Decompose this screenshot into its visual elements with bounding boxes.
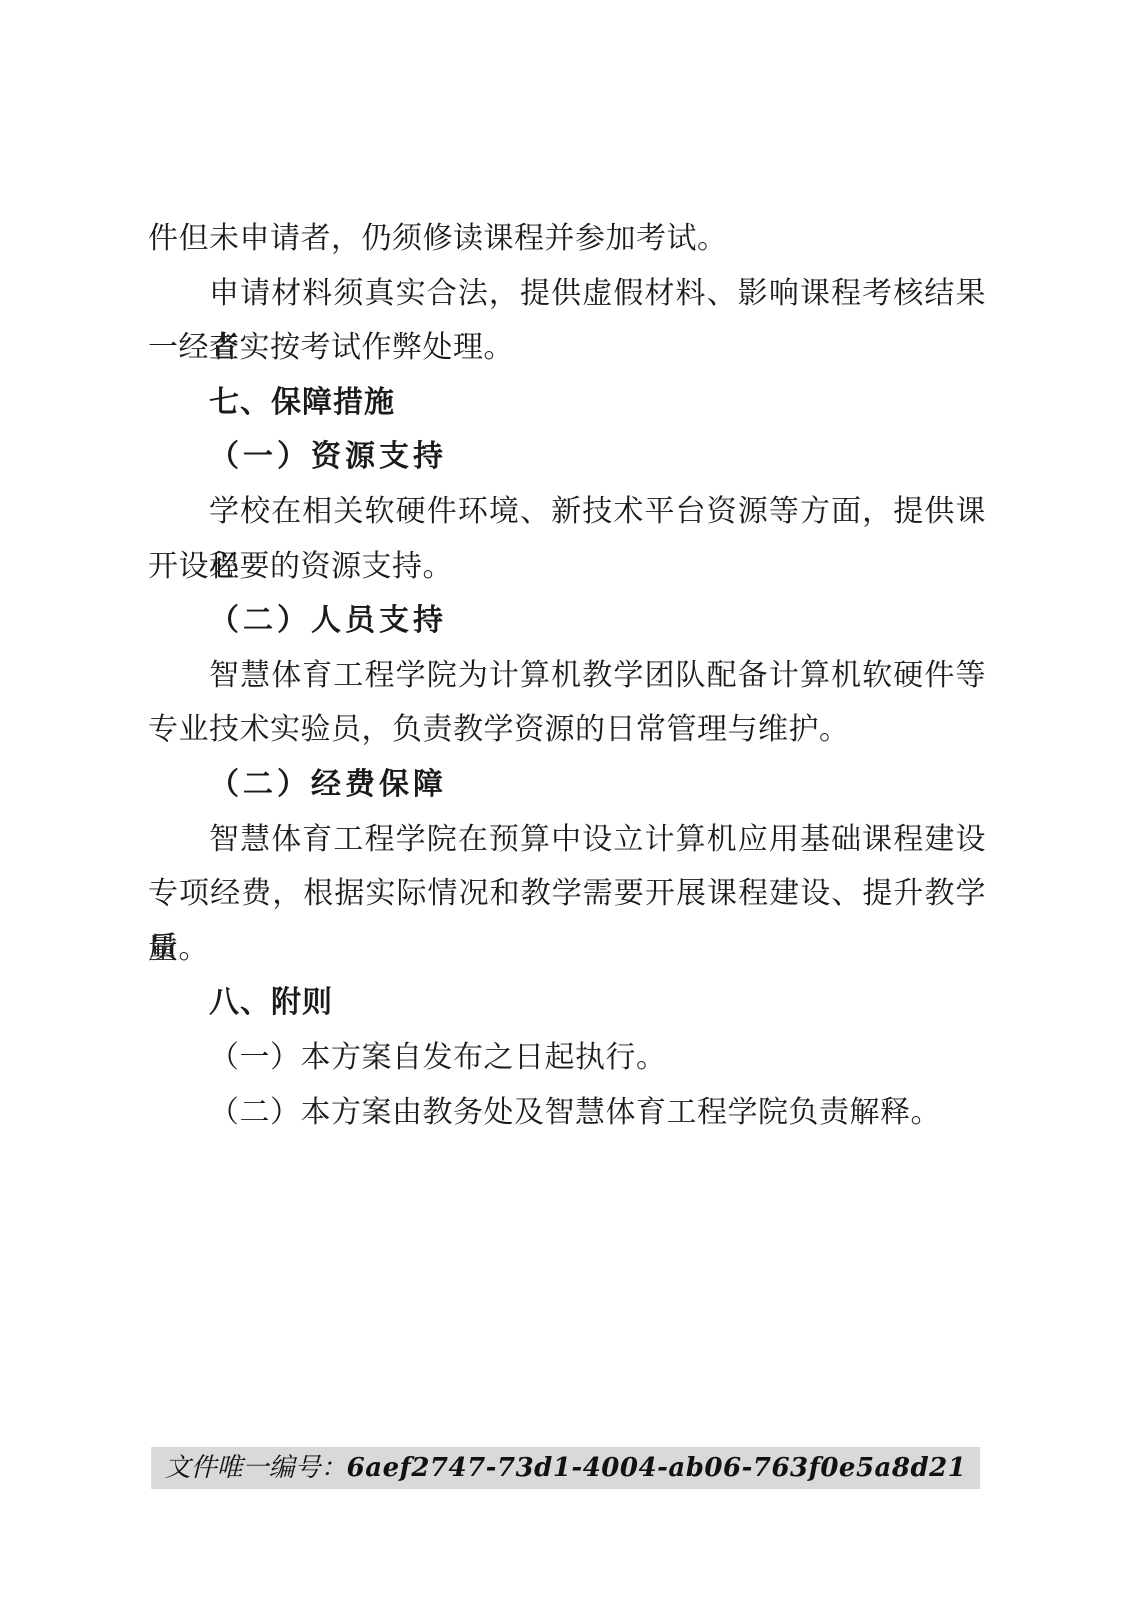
document-id-label: 文件唯一编号： (165, 1453, 347, 1483)
document-line: 智慧体育工程学院在预算中设立计算机应用基础课程建设 (148, 813, 986, 868)
document-line: 学校在相关软硬件环境、新技术平台资源等方面，提供课程 (148, 485, 986, 540)
document-line: 量。 (148, 922, 986, 977)
document-page: 件但未申请者，仍须修读课程并参加考试。申请材料须真实合法，提供虚假材料、影响课程… (0, 0, 1131, 1600)
document-line: 专项经费，根据实际情况和教学需要开展课程建设、提升教学质 (148, 867, 986, 922)
document-line: 件但未申请者，仍须修读课程并参加考试。 (148, 212, 986, 267)
document-line: （一）本方案自发布之日起执行。 (148, 1031, 986, 1086)
document-line: 开设必要的资源支持。 (148, 540, 986, 595)
document-line: 专业技术实验员，负责教学资源的日常管理与维护。 (148, 703, 986, 758)
document-line: （二）本方案由教务处及智慧体育工程学院负责解释。 (148, 1086, 986, 1141)
document-id-footer: 文件唯一编号：6aef2747-73d1-4004-ab06-763f0e5a8… (151, 1447, 981, 1489)
document-line: 一经查实按考试作弊处理。 (148, 321, 986, 376)
document-id-code: 6aef2747-73d1-4004-ab06-763f0e5a8d21 (347, 1453, 967, 1483)
document-line: 智慧体育工程学院为计算机教学团队配备计算机软硬件等 (148, 649, 986, 704)
document-body: 件但未申请者，仍须修读课程并参加考试。申请材料须真实合法，提供虚假材料、影响课程… (148, 212, 986, 1140)
document-line: （二）经费保障 (148, 758, 986, 813)
document-line: 七、保障措施 (148, 376, 986, 431)
document-line: （一）资源支持 (148, 430, 986, 485)
document-line: 申请材料须真实合法，提供虚假材料、影响课程考核结果者 (148, 267, 986, 322)
document-line: （二）人员支持 (148, 594, 986, 649)
document-line: 八、附则 (148, 976, 986, 1031)
